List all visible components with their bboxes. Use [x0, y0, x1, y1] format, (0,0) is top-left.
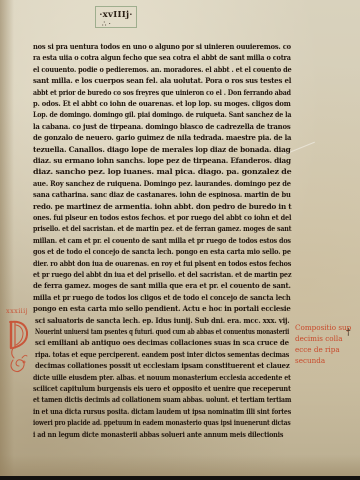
manuscript-text-line: millan. et cam et pr. el couento de sant…: [33, 235, 291, 247]
manuscript-text-line: et pr ruego del abbt dn iua et del prise…: [33, 269, 291, 281]
manuscript-text-line: diaz. su ermano iohn sanchs. lope pez de…: [33, 155, 291, 167]
margin-note-line: ecce de ripa: [295, 344, 360, 355]
cross-mark-icon: †: [346, 328, 351, 338]
manuscript-page: ·xvIIIj· ∴ · nos si pra uentura todos en…: [0, 0, 360, 476]
margin-note-line: secunda: [295, 355, 360, 366]
manuscript-text-line: diaz. sancho pez. lop iuanes. mal pica. …: [33, 166, 291, 178]
page-left-edge-shadow: [0, 0, 14, 476]
scan-bottom-border: [0, 476, 360, 480]
manuscript-text-line: ones. fui plseur en todos estos fechos. …: [33, 212, 291, 224]
manuscript-text-line: dicte uille eiusdem pter. albas. et nouu…: [33, 372, 291, 384]
manuscript-text-line: ioweri pro placide ad. ppetuum in eadem …: [33, 417, 291, 429]
decorated-initial-d-icon: [7, 318, 31, 380]
manuscript-text-line: de gonzalo de neuero. gario guimez de ni…: [33, 132, 291, 144]
manuscript-text-line: gos et de todo el concejo de sancta lech…: [33, 246, 291, 258]
manuscript-text-line: ripa. totas et eque perciperent. eandem …: [35, 349, 289, 361]
manuscript-text-line: nos si pra uentura todos en uno o alguno…: [33, 41, 291, 53]
manuscript-text-line: decimas collationes possit ut ecclesiam …: [35, 360, 290, 372]
folio-number-box: ·xvIIIj· ∴ ·: [95, 6, 137, 28]
manuscript-text-line: tezuella. Canallos. diago lope de merale…: [33, 144, 291, 156]
manuscript-text-line: el couuento. podie o pedieremos. an. mor…: [33, 64, 292, 76]
manuscript-text-line: redo. pe martinez de armentia. iohn abbt…: [33, 201, 291, 213]
page-bottom-edge-shadow: [0, 455, 360, 476]
manuscript-text-line: Lop. de domingo. domingo gil. piai domin…: [33, 109, 291, 121]
manuscript-text-line: de ferra gamez. moges de sant milla que …: [33, 280, 291, 292]
manuscript-text-line: aue. Roy sanchez de ruiquena. Domingo pe…: [33, 178, 291, 190]
manuscript-text-line: scilicet capitulum burgensis eis uero et…: [33, 383, 291, 395]
manuscript-text-line: milla et pr ruego de todos los cligos et…: [33, 292, 291, 304]
manuscript-text-line: sci saluatoris de sancta lech. ep. Idus …: [35, 315, 289, 327]
manuscript-text-line: la cabana. co just de tirpeana. domingo …: [33, 121, 291, 133]
manuscript-text-line: abbt et prior de buredo co sos freyres q…: [33, 87, 291, 99]
manuscript-text-line: prisello. et del sacristan. et de martin…: [33, 223, 291, 235]
manuscript-text-line: i ad nn legum dicte monasterii abbas sol…: [33, 429, 283, 441]
manuscript-text-line: sci emiliani ab antiquo oes decimas coll…: [35, 337, 289, 349]
rubric-chapter-numeral: xxxiiij: [6, 307, 28, 315]
manuscript-text-line: dier. ro abbt don iua de ouarenas. en ro…: [33, 258, 291, 270]
manuscript-text-line: sana catharina. sanc diaz de castanares.…: [33, 189, 291, 201]
manuscript-text-line: p. odos. Et el abbt co iohn de ouarenas.…: [33, 98, 291, 110]
folio-dots: ∴ ·: [102, 21, 111, 27]
manuscript-text-line: Nouerint uniuersi tam psentes q futuri. …: [35, 326, 289, 338]
folio-number: ·xvIIIj·: [96, 10, 136, 20]
manuscript-text-line: pongo en esta carta mio sello pendient. …: [33, 303, 291, 315]
manuscript-text-line: sant milla. e los cuerpos sean fel. ala …: [33, 75, 291, 87]
manuscript-text-line: et tamen dictis decimis ad collationem s…: [33, 394, 291, 406]
manuscript-text-line: ra esta uiia o cotra algun fecho que sea…: [33, 52, 291, 64]
manuscript-text-line: in et una dicta rursus posita. dictam la…: [33, 406, 291, 418]
